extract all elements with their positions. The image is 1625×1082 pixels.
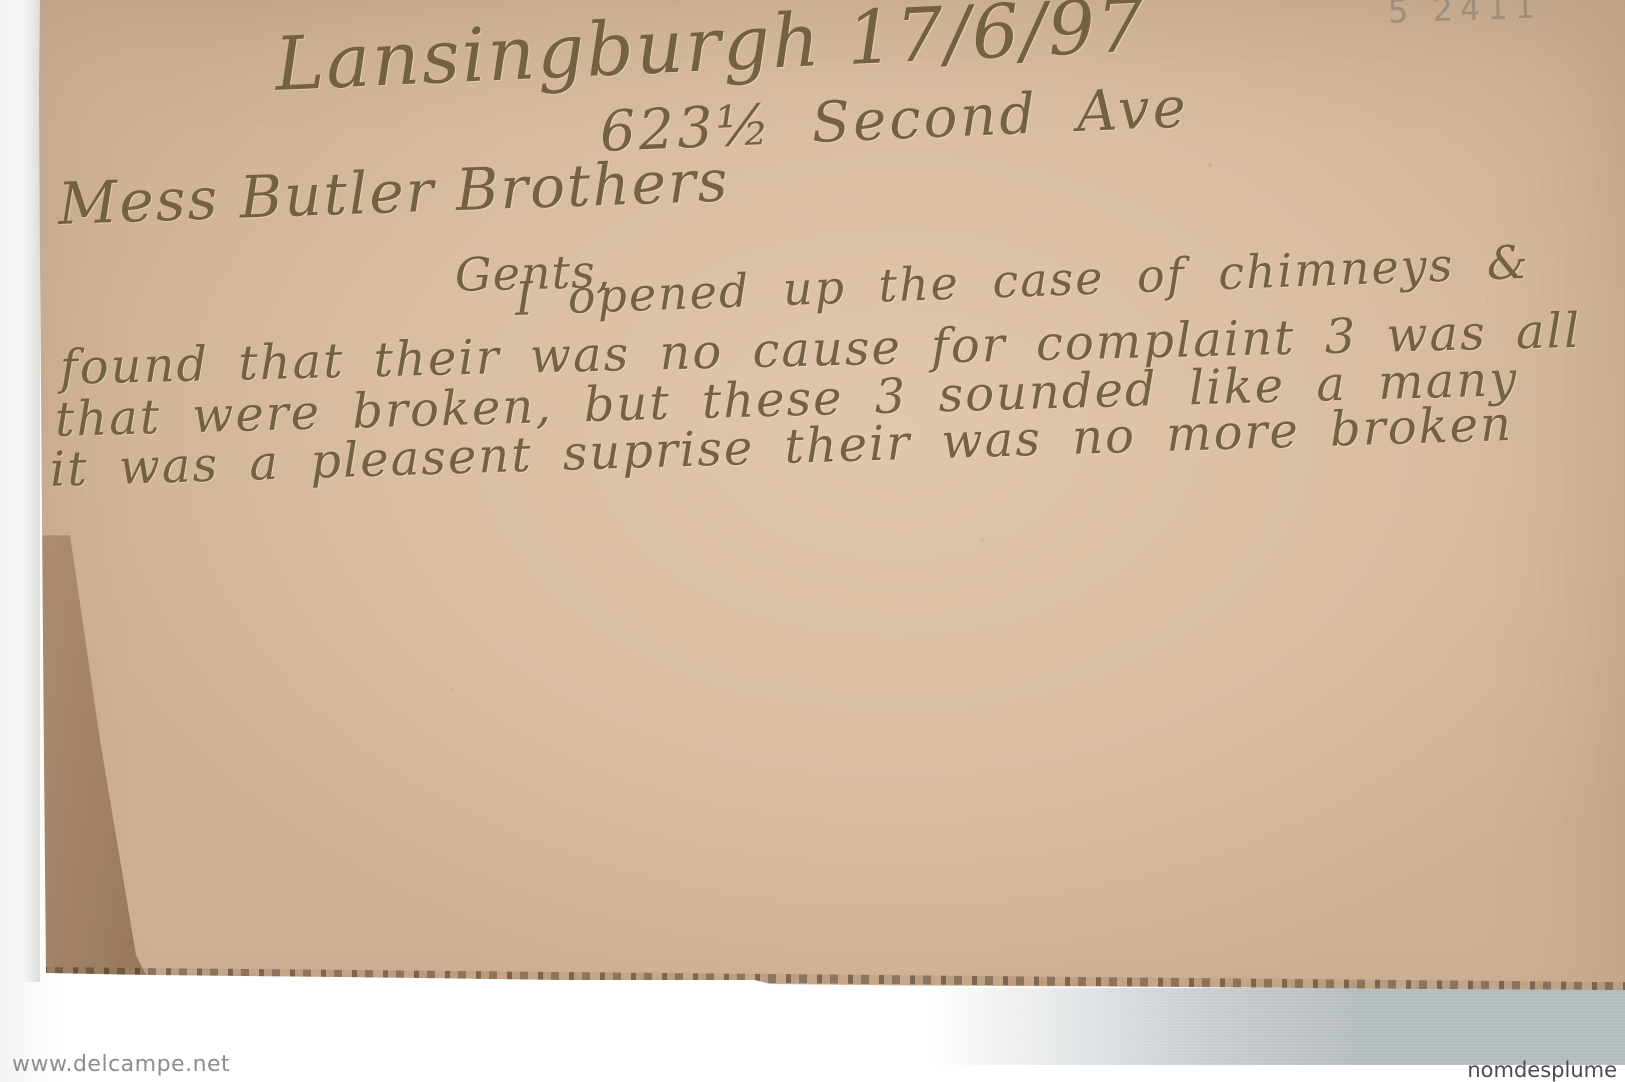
card-bottom-deckle-edge (42, 967, 1625, 991)
watermark-nomdesplume: nomdesplume (1467, 1058, 1617, 1082)
scanner-gray-strip (930, 988, 1625, 1065)
card-left-edge-shadow (22, 0, 40, 982)
pencil-annotation: 5 2411 (1387, 0, 1542, 31)
postcard-scan: 5 2411 Lansingburgh 17/6/97 623½ Second … (0, 0, 1625, 1082)
paper-vignette (0, 0, 1625, 1082)
card-lower-left-dark-edge (38, 535, 156, 990)
watermark-delcampe: www.delcampe.net (12, 1052, 230, 1077)
handwriting-recipient: Mess Butler Brothers (57, 147, 731, 238)
scan-background: 5 2411 Lansingburgh 17/6/97 623½ Second … (0, 0, 1625, 1082)
